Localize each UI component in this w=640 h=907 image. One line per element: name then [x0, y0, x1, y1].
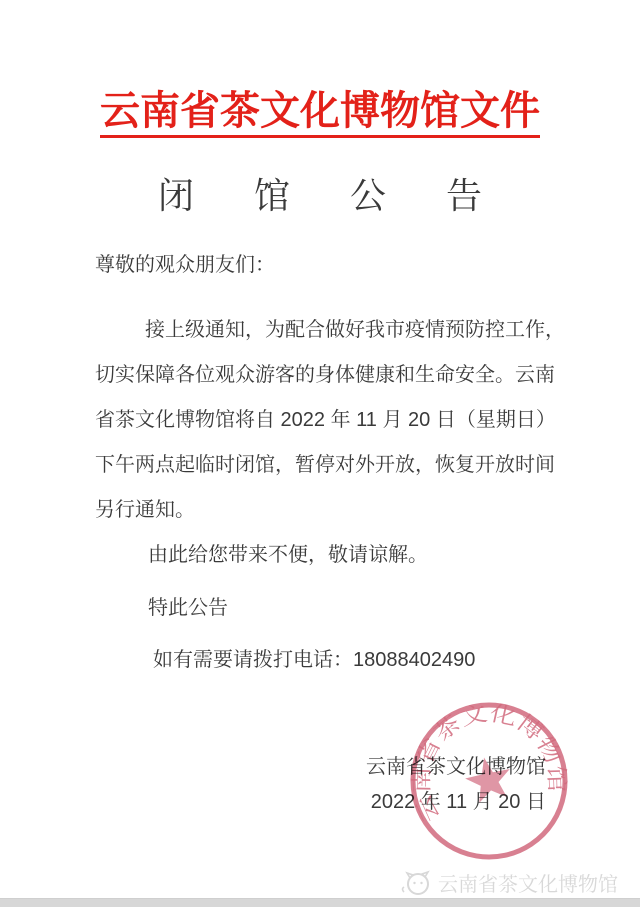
body-line: 接上级通知，为配合做好我市疫情预防控工作， — [95, 308, 565, 353]
closing-line: 特此公告 — [95, 586, 565, 631]
body-line: 下午两点起临时闭馆，暂停对外开放，恢复开放时间 — [95, 443, 565, 488]
bottom-bar — [0, 898, 640, 907]
mascot-icon — [400, 869, 432, 897]
salutation: 尊敬的观众朋友们： — [95, 243, 565, 288]
signature-block: 云南省茶文化博物馆 2022 年 11 月 20 日 — [366, 750, 546, 820]
document-header-title: 云南省茶文化博物馆文件 — [100, 90, 540, 138]
watermark: 云南省茶文化博物馆 — [400, 868, 618, 897]
signature-org: 云南省茶文化博物馆 — [366, 750, 546, 785]
notice-document: 云南省茶文化博物馆文件 闭 馆 公 告 尊敬的观众朋友们： 接上级通知，为配合做… — [0, 0, 640, 907]
notice-body: 尊敬的观众朋友们： 接上级通知，为配合做好我市疫情预防控工作， 切实保障各位观众… — [95, 243, 565, 683]
body-line: 另行通知。 — [95, 488, 565, 533]
main-paragraph: 接上级通知，为配合做好我市疫情预防控工作， 切实保障各位观众游客的身体健康和生命… — [95, 308, 565, 533]
letterhead: 云南省茶文化博物馆文件 — [0, 90, 640, 138]
body-line: 省茶文化博物馆将自 2022 年 11 月 20 日（星期日） — [95, 398, 565, 443]
notice-title: 闭 馆 公 告 — [0, 174, 640, 217]
contact-line: 如有需要请拨打电话：18088402490 — [95, 638, 565, 683]
body-line: 切实保障各位观众游客的身体健康和生命安全。云南 — [95, 353, 565, 398]
signature-date: 2022 年 11 月 20 日 — [366, 785, 546, 820]
apology-line: 由此给您带来不便，敬请谅解。 — [95, 533, 565, 578]
watermark-label: 云南省茶文化博物馆 — [438, 868, 618, 897]
